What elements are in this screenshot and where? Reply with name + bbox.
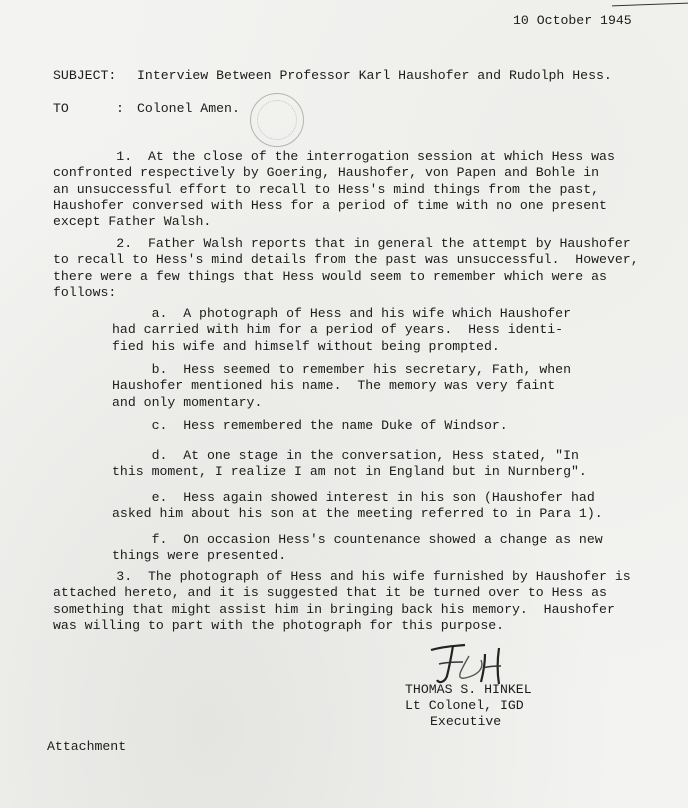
list-item-a: a. A photograph of Hess and his wife whi…	[112, 306, 672, 355]
list-item-f: f. On occasion Hess's countenance showed…	[112, 532, 672, 565]
to-label: TO	[53, 100, 69, 117]
signatory-rank: Lt Colonel, IGD	[405, 698, 524, 714]
recipient: Colonel Amen.	[137, 100, 240, 117]
list-item-b: b. Hess seemed to remember his secretary…	[112, 362, 672, 411]
list-item-e: e. Hess again showed interest in his son…	[112, 490, 672, 523]
attachment-note: Attachment	[47, 738, 126, 755]
subject-text: Interview Between Professor Karl Haushof…	[137, 67, 612, 84]
to-colon: :	[116, 100, 124, 117]
paragraph-3: 3. The photograph of Hess and his wife f…	[53, 569, 673, 634]
top-rule-line	[612, 3, 688, 7]
document-date: 10 October 1945	[513, 12, 632, 29]
list-item-d: d. At one stage in the conversation, Hes…	[112, 448, 672, 481]
archive-seal-stamp-icon	[250, 93, 304, 147]
signatory-name: THOMAS S. HINKEL	[405, 682, 532, 698]
signatory-title: Executive	[430, 714, 501, 730]
subject-label: SUBJECT:	[53, 67, 116, 84]
paragraph-2: 2. Father Walsh reports that in general …	[53, 236, 673, 301]
list-item-c: c. Hess remembered the name Duke of Wind…	[112, 418, 672, 434]
paragraph-1: 1. At the close of the interrogation ses…	[53, 149, 673, 230]
